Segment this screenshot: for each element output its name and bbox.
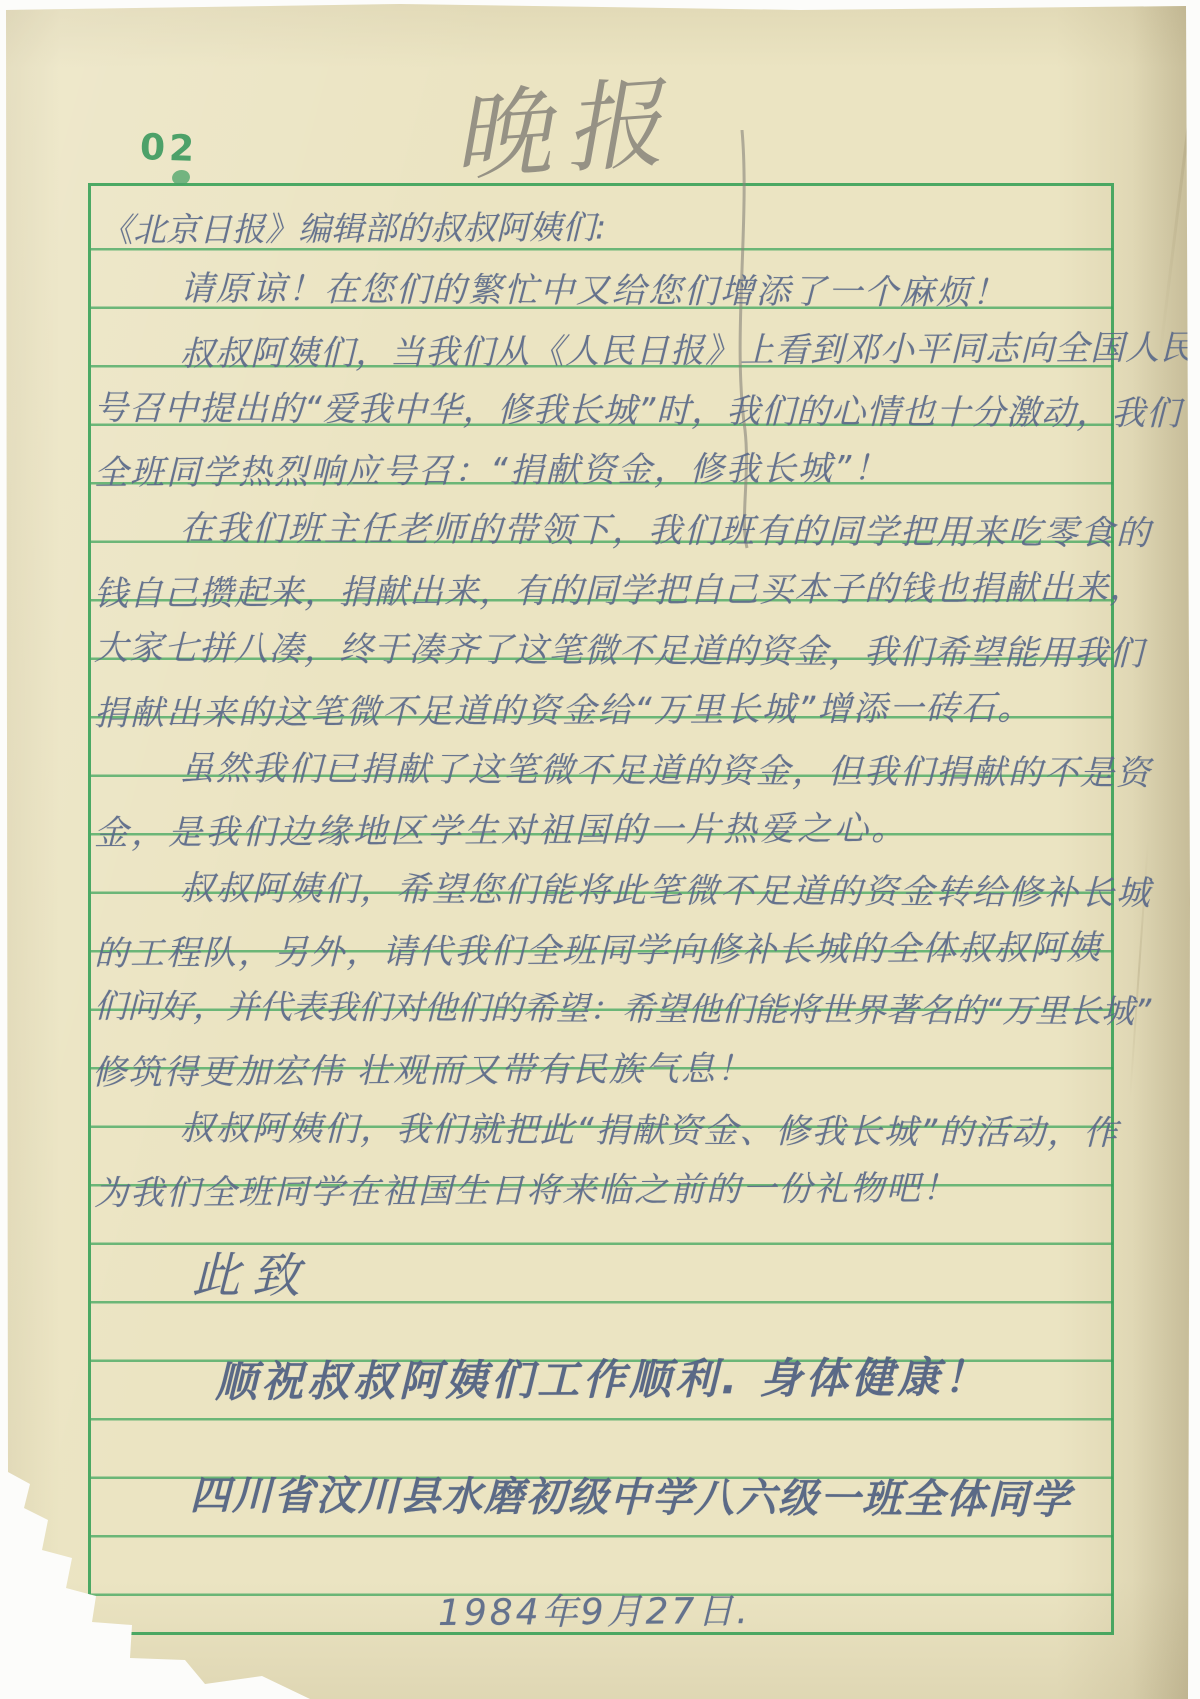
pencil-annotation: 晚报 [447, 44, 680, 200]
page-number-stamp: 02 [139, 127, 199, 170]
letter-closing: 此致 [192, 1237, 312, 1307]
letter-line: 大家七拼八凑，终于凑齐了这笔微不足道的资金，我们希望能用我们 [94, 620, 1144, 674]
letter-line: 全班同学热烈响应号召：“捐献资金，修我长城”！ [94, 441, 890, 495]
letter-line: 捐献出来的这笔微不足道的资金给“万里长城”增添一砖石。 [94, 680, 1034, 735]
letter-line: 请原谅！在您们的繁忙中又给您们增添了一个麻烦！ [180, 261, 1008, 314]
letter-line: 的工程队，另外，请代我们全班同学向修补长城的全体叔叔阿姨 [94, 920, 1102, 975]
letter-line: 们问好，并代表我们对他们的希望：希望他们能将世界著名的“万里长城” [94, 980, 1151, 1033]
letter-line: 钱自己攒起来，捐献出来，有的同学把自己买本子的钱也捐献出来， [94, 560, 1144, 615]
letter-line: 虽然我们已捐献了这笔微不足道的资金，但我们捐献的不是资 [180, 740, 1152, 794]
paper-sheet: 02 晚报 《北京日报》编辑部的叔叔阿姨们: 请原谅！在您们的繁忙中又给您们增添… [0, 0, 1200, 1699]
letter-line: 号召中提出的“爱我中华，修我长城”时，我们的心情也十分激动，我们 [94, 380, 1181, 435]
letter-line: 修筑得更加宏伟 壮观而又带有民族气息！ [92, 1041, 753, 1094]
letter-well-wish: 顺祝叔叔阿姨们工作顺利. 身体健康！ [215, 1345, 990, 1410]
letter-line: 叔叔阿姨们，我们就把此“捐献资金、修我长城”的活动，作 [180, 1101, 1119, 1155]
letter-line: 为我们全班同学在祖国生日将来临之前的一份礼物吧！ [94, 1160, 958, 1214]
paper-edge-shadow [1132, 0, 1192, 1699]
scanned-letter-page: 02 晚报 《北京日报》编辑部的叔叔阿姨们: 请原谅！在您们的繁忙中又给您们增添… [0, 0, 1200, 1699]
letter-date: 1984年9月27日. [438, 1583, 751, 1636]
letter-signature: 四川省汶川县水磨初级中学八六级一班全体同学 [190, 1464, 1072, 1526]
letter-line: 叔叔阿姨们，希望您们能将此笔微不足道的资金转给修补长城 [180, 860, 1152, 914]
letter-line: 在我们班主任老师的带领下，我们班有的同学把用来吃零食的 [180, 500, 1152, 554]
letter-line: 叔叔阿姨们，当我们从《人民日报》上看到邓小平同志向全国人民的 [180, 320, 1200, 375]
letter-line: 金，是我们边缘地区学生对祖国的一片热爱之心。 [94, 801, 908, 855]
letter-salutation: 《北京日报》编辑部的叔叔阿姨们: [100, 201, 606, 251]
